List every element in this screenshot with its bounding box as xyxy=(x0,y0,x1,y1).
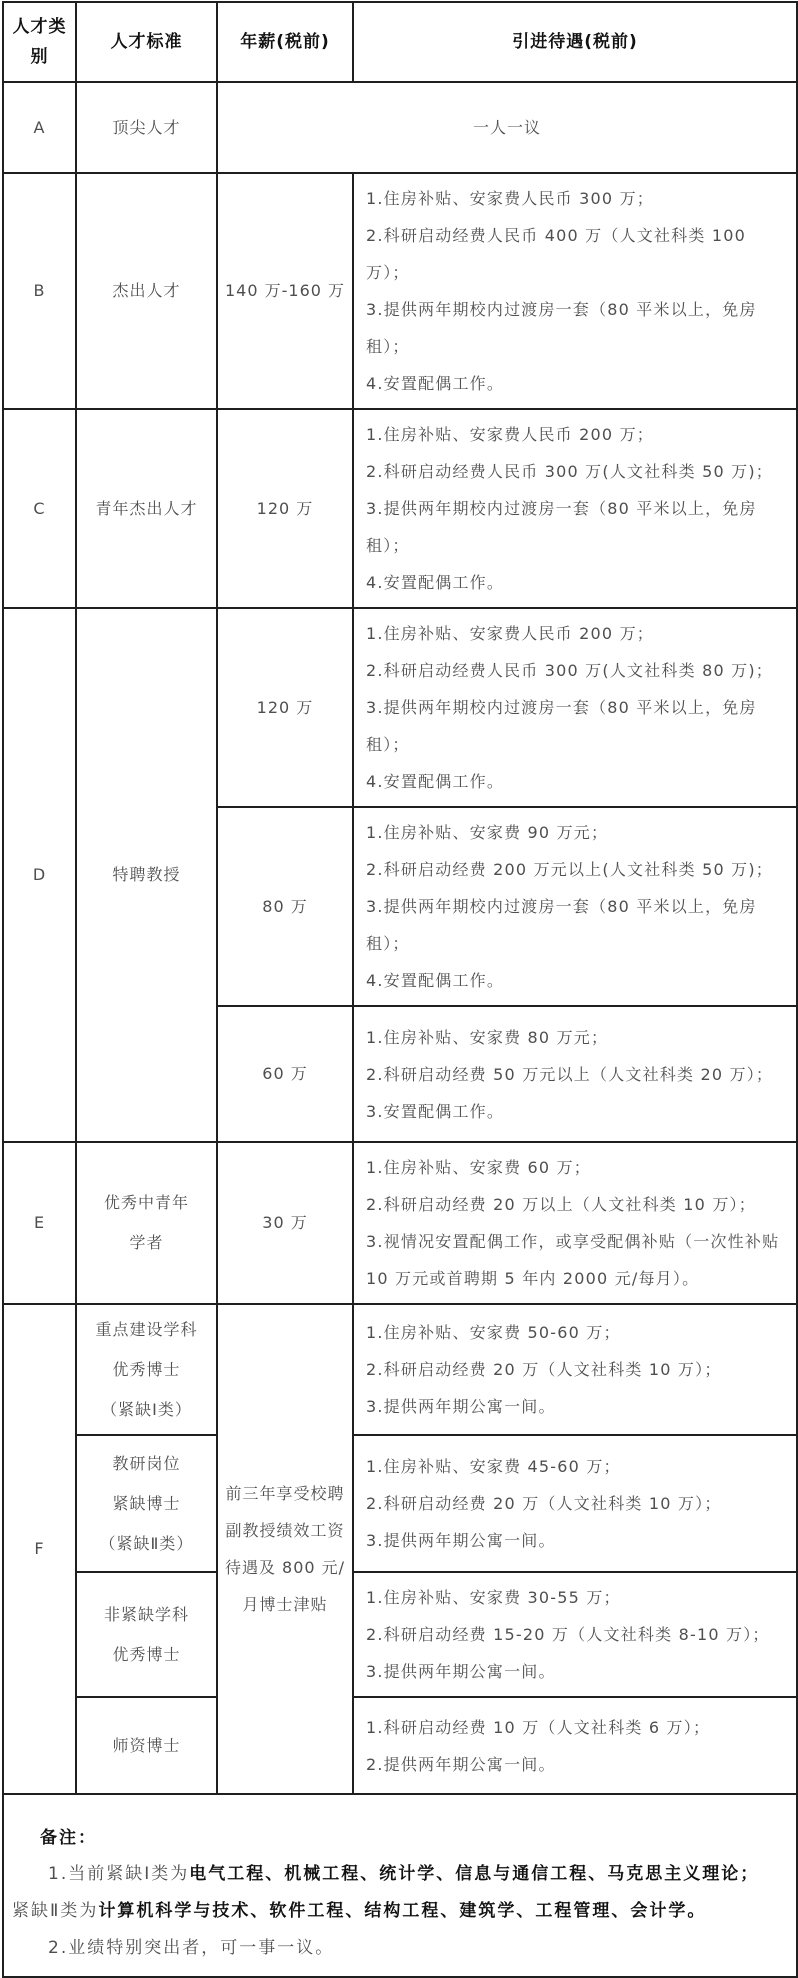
benefit-item: 1.住房补贴、安家费 60 万； xyxy=(366,1149,788,1186)
benefit-item: 1.住房补贴、安家费人民币 200 万； xyxy=(366,416,788,453)
note-line-3: 2.业绩特别突出者，可一事一议。 xyxy=(12,1930,788,1967)
header-cell-standard: 人才标准 xyxy=(76,2,217,82)
row-e: E 优秀中青年 学者 30 万 1.住房补贴、安家费 60 万； 2.科研启动经… xyxy=(3,1142,797,1304)
benefit-item: 4.安置配偶工作。 xyxy=(366,763,788,800)
benefit-item: 1.住房补贴、安家费 90 万元； xyxy=(366,814,788,851)
benefit-item: 2.科研启动经费 20 万（人文社科类 10 万）； xyxy=(366,1351,788,1388)
note-line-1: 1.当前紧缺Ⅰ类为电气工程、机械工程、统计学、信息与通信工程、马克思主义理论； xyxy=(12,1856,788,1893)
row-c: C 青年杰出人才 120 万 1.住房补贴、安家费人民币 200 万； 2.科研… xyxy=(3,409,797,608)
cell-salary-d1: 120 万 xyxy=(217,608,353,807)
benefit-item: 3.提供两年期校内过渡房一套（80 平米以上，免房租）； xyxy=(366,291,788,365)
cell-salary-b: 140 万-160 万 xyxy=(217,173,353,409)
row-f-group-2: 教研岗位 紧缺博士 （紧缺Ⅱ类） 1.住房补贴、安家费 45-60 万； 2.科… xyxy=(3,1435,797,1572)
cell-salary-d2: 80 万 xyxy=(217,807,353,1006)
cell-benefits-d2: 1.住房补贴、安家费 90 万元； 2.科研启动经费 200 万元以上(人文社科… xyxy=(353,807,797,1006)
benefit-item: 1.住房补贴、安家费 50-60 万； xyxy=(366,1314,788,1351)
note-line-2: 紧缺Ⅱ类为计算机科学与技术、软件工程、结构工程、建筑学、工程管理、会计学。 xyxy=(12,1893,788,1930)
cell-benefits-d1: 1.住房补贴、安家费人民币 200 万； 2.科研启动经费人民币 300 万(人… xyxy=(353,608,797,807)
header-cell-benefits: 引进待遇(税前) xyxy=(353,2,797,82)
benefit-item: 2.科研启动经费 50 万元以上（人文社科类 20 万）； xyxy=(366,1056,788,1093)
table-header-row: 人才类别 人才标准 年薪(税前) 引进待遇(税前) xyxy=(3,2,797,82)
note-1-prefix: 1.当前紧缺Ⅰ类为 xyxy=(48,1864,189,1884)
benefit-item: 2.科研启动经费 20 万以上（人文社科类 10 万）； xyxy=(366,1186,788,1223)
cell-standard-e: 优秀中青年 学者 xyxy=(76,1142,217,1304)
benefit-item: 4.安置配偶工作。 xyxy=(366,365,788,402)
header-cell-category: 人才类别 xyxy=(3,2,76,82)
talent-recruitment-table: 人才类别 人才标准 年薪(税前) 引进待遇(税前) A 顶尖人才 一人一议 B … xyxy=(2,1,798,1978)
note-1-continuation: 紧缺Ⅱ类为 xyxy=(12,1901,98,1921)
row-f-group-4: 师资博士 1.科研启动经费 10 万（人文社科类 6 万）； 2.提供两年期公寓… xyxy=(3,1697,797,1794)
cell-standard-f4: 师资博士 xyxy=(76,1697,217,1794)
benefit-item: 2.科研启动经费 200 万元以上(人文社科类 50 万)； xyxy=(366,851,788,888)
cell-category-d: D xyxy=(3,608,76,1142)
cell-category-e: E xyxy=(3,1142,76,1304)
cell-standard-f1: 重点建设学科 优秀博士 （紧缺Ⅰ类） xyxy=(76,1304,217,1435)
header-cell-salary: 年薪(税前) xyxy=(217,2,353,82)
cell-standard-f3: 非紧缺学科 优秀博士 xyxy=(76,1572,217,1697)
cell-category-c: C xyxy=(3,409,76,608)
benefit-item: 3.提供两年期公寓一间。 xyxy=(366,1653,788,1690)
cell-benefits-f4: 1.科研启动经费 10 万（人文社科类 6 万）； 2.提供两年期公寓一间。 xyxy=(353,1697,797,1794)
benefit-item: 3.提供两年期校内过渡房一套（80 平米以上，免房租）； xyxy=(366,888,788,962)
note-1-disciplines-class1: 电气工程、机械工程、统计学、信息与通信工程、马克思主义理论； xyxy=(189,1864,759,1884)
cell-standard-f2: 教研岗位 紧缺博士 （紧缺Ⅱ类） xyxy=(76,1435,217,1572)
benefit-item: 2.提供两年期公寓一间。 xyxy=(366,1746,788,1783)
benefit-item: 1.科研启动经费 10 万（人文社科类 6 万）； xyxy=(366,1709,788,1746)
cell-salary-e: 30 万 xyxy=(217,1142,353,1304)
cell-category-a: A xyxy=(3,82,76,173)
benefit-item: 3.提供两年期校内过渡房一套（80 平米以上，免房租）； xyxy=(366,689,788,763)
row-a: A 顶尖人才 一人一议 xyxy=(3,82,797,173)
cell-negotiable-a: 一人一议 xyxy=(217,82,797,173)
benefit-item: 1.住房补贴、安家费 30-55 万； xyxy=(366,1579,788,1616)
benefit-item: 3.提供两年期公寓一间。 xyxy=(366,1522,788,1559)
benefit-item: 3.提供两年期校内过渡房一套（80 平米以上，免房租）； xyxy=(366,490,788,564)
cell-standard-a: 顶尖人才 xyxy=(76,82,217,173)
row-f-group-1: F 重点建设学科 优秀博士 （紧缺Ⅰ类） 前三年享受校聘副教授绩效工资待遇及 8… xyxy=(3,1304,797,1435)
benefit-item: 1.住房补贴、安家费 45-60 万； xyxy=(366,1448,788,1485)
row-f-group-3: 非紧缺学科 优秀博士 1.住房补贴、安家费 30-55 万； 2.科研启动经费 … xyxy=(3,1572,797,1697)
notes-section: 备注： 1.当前紧缺Ⅰ类为电气工程、机械工程、统计学、信息与通信工程、马克思主义… xyxy=(3,1794,797,1977)
cell-benefits-e: 1.住房补贴、安家费 60 万； 2.科研启动经费 20 万以上（人文社科类 1… xyxy=(353,1142,797,1304)
benefit-item: 1.住房补贴、安家费人民币 200 万； xyxy=(366,615,788,652)
cell-standard-c: 青年杰出人才 xyxy=(76,409,217,608)
benefit-item: 1.住房补贴、安家费人民币 300 万； xyxy=(366,180,788,217)
note-2-text: 2.业绩特别突出者，可一事一议。 xyxy=(48,1938,334,1958)
cell-salary-f: 前三年享受校聘副教授绩效工资待遇及 800 元/月博士津贴 xyxy=(217,1304,353,1794)
benefit-item: 2.科研启动经费 15-20 万（人文社科类 8-10 万）； xyxy=(366,1616,788,1653)
cell-category-b: B xyxy=(3,173,76,409)
row-b: B 杰出人才 140 万-160 万 1.住房补贴、安家费人民币 300 万； … xyxy=(3,173,797,409)
note-1-disciplines-class2: 计算机科学与技术、软件工程、结构工程、建筑学、工程管理、会计学。 xyxy=(98,1901,706,1921)
benefit-item: 4.安置配偶工作。 xyxy=(366,564,788,601)
benefit-item: 3.视情况安置配偶工作，或享受配偶补贴（一次性补贴 10 万元或首聘期 5 年内… xyxy=(366,1223,788,1297)
cell-benefits-f2: 1.住房补贴、安家费 45-60 万； 2.科研启动经费 20 万（人文社科类 … xyxy=(353,1435,797,1572)
cell-category-f: F xyxy=(3,1304,76,1794)
cell-benefits-b: 1.住房补贴、安家费人民币 300 万； 2.科研启动经费人民币 400 万（人… xyxy=(353,173,797,409)
cell-benefits-d3: 1.住房补贴、安家费 80 万元； 2.科研启动经费 50 万元以上（人文社科类… xyxy=(353,1006,797,1142)
benefit-item: 3.安置配偶工作。 xyxy=(366,1093,788,1130)
benefit-item: 2.科研启动经费人民币 300 万(人文社科类 50 万)； xyxy=(366,453,788,490)
cell-salary-c: 120 万 xyxy=(217,409,353,608)
benefit-item: 1.住房补贴、安家费 80 万元； xyxy=(366,1019,788,1056)
cell-benefits-f1: 1.住房补贴、安家费 50-60 万； 2.科研启动经费 20 万（人文社科类 … xyxy=(353,1304,797,1435)
benefit-item: 2.科研启动经费人民币 400 万（人文社科类 100 万）； xyxy=(366,217,788,291)
cell-standard-d: 特聘教授 xyxy=(76,608,217,1142)
cell-standard-b: 杰出人才 xyxy=(76,173,217,409)
notes-label: 备注： xyxy=(12,1820,788,1856)
benefit-item: 2.科研启动经费 20 万（人文社科类 10 万）； xyxy=(366,1485,788,1522)
cell-salary-d3: 60 万 xyxy=(217,1006,353,1142)
cell-benefits-c: 1.住房补贴、安家费人民币 200 万； 2.科研启动经费人民币 300 万(人… xyxy=(353,409,797,608)
row-d-tier-1: D 特聘教授 120 万 1.住房补贴、安家费人民币 200 万； 2.科研启动… xyxy=(3,608,797,807)
benefit-item: 3.提供两年期公寓一间。 xyxy=(366,1388,788,1425)
row-notes: 备注： 1.当前紧缺Ⅰ类为电气工程、机械工程、统计学、信息与通信工程、马克思主义… xyxy=(3,1794,797,1977)
benefit-item: 4.安置配偶工作。 xyxy=(366,962,788,999)
cell-benefits-f3: 1.住房补贴、安家费 30-55 万； 2.科研启动经费 15-20 万（人文社… xyxy=(353,1572,797,1697)
benefit-item: 2.科研启动经费人民币 300 万(人文社科类 80 万)； xyxy=(366,652,788,689)
